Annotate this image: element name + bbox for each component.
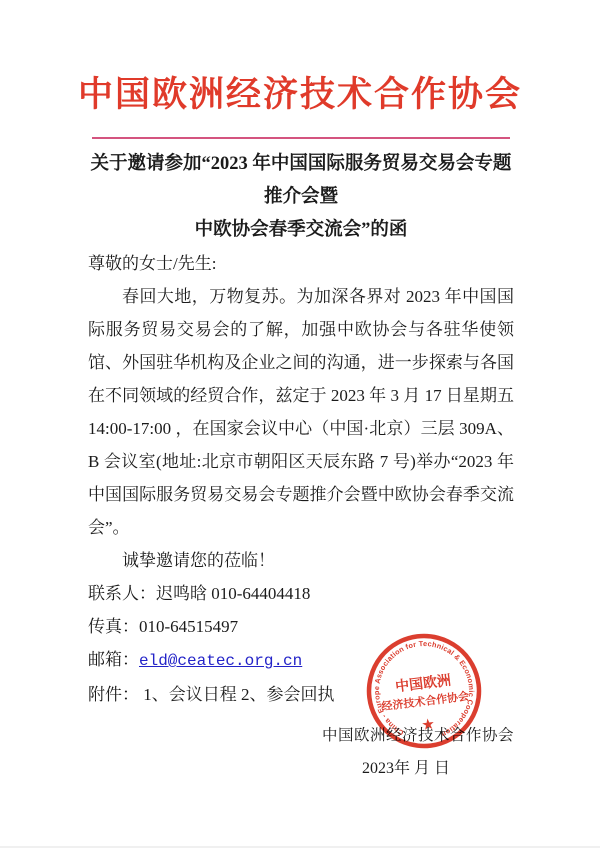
- email-line: 邮箱：eld@ceatec.org.cn: [88, 643, 514, 678]
- email-label: 邮箱：: [88, 650, 139, 669]
- subject-line-2: 中欧协会春季交流会”的函: [88, 214, 514, 247]
- letterhead-divider: [92, 137, 510, 139]
- subject-line-1: 关于邀请参加“2023 年中国国际服务贸易交易会专题推介会暨: [88, 148, 514, 214]
- salutation: 尊敬的女士/先生:: [88, 247, 514, 280]
- body-paragraph: 春回大地，万物复苏。为加深各界对 2023 年中国国际服务贸易交易会的了解，加强…: [88, 280, 514, 544]
- contact-person-line: 联系人：迟鸣晗 010-64404418: [88, 577, 514, 610]
- letter-body: 关于邀请参加“2023 年中国国际服务贸易交易会专题推介会暨 中欧协会春季交流会…: [88, 148, 514, 785]
- attachments-line: 附件： 1、会议日程 2、参会回执: [88, 678, 514, 711]
- letter-page: 中国欧洲经济技术合作协会 关于邀请参加“2023 年中国国际服务贸易交易会专题推…: [0, 0, 600, 848]
- signature-date: 2023年 月 日: [88, 752, 514, 785]
- email-link[interactable]: eld@ceatec.org.cn: [139, 652, 302, 670]
- signature-org: 中国欧洲经济技术合作协会: [88, 719, 514, 752]
- letterhead-title: 中国欧洲经济技术合作协会: [0, 70, 600, 120]
- invitation-line: 诚挚邀请您的莅临！: [88, 544, 514, 577]
- fax-line: 传真：010-64515497: [88, 610, 514, 643]
- letter-subject: 关于邀请参加“2023 年中国国际服务贸易交易会专题推介会暨 中欧协会春季交流会…: [88, 148, 514, 247]
